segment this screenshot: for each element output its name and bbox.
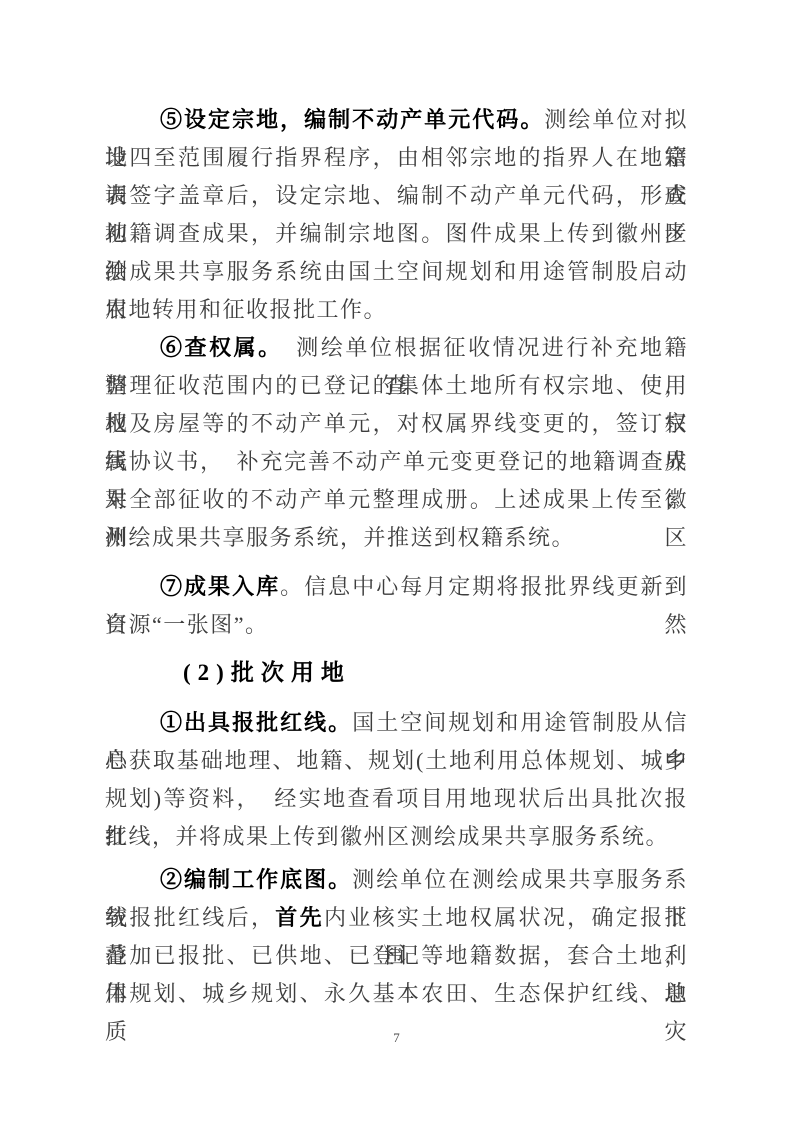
bold-text: ⑥查权属。 (160, 335, 272, 360)
document-body: ⑤设定宗地，编制不动产单元代码。测绘单位对拟设宗地四至范围履行指界程序，由相邻宗… (105, 101, 688, 1013)
text-line: 整理征收范围内的已登记的集体土地所有权宗地、使用权宗 (105, 367, 688, 405)
text-line: ⑤设定宗地，编制不动产单元代码。测绘单位对拟设宗 (105, 101, 688, 139)
bold-text: ⑤设定宗地，编制不动产单元代码。 (160, 107, 544, 132)
para-5-set-parcel-compile-unit-code: ⑤设定宗地，编制不动产单元代码。测绘单位对拟设宗地四至范围履行指界程序，由相邻宗… (105, 101, 688, 329)
text-line: 红线，并将成果上传到徽州区测绘成果共享服务系统。 (105, 818, 688, 856)
bold-text: ①出具报批红线。 (160, 710, 352, 735)
bold-text: 首先 (275, 905, 324, 930)
bold-text: ②编制工作底图。 (160, 867, 352, 892)
bold-text: (2)批次用地 (183, 660, 351, 685)
body-text: 测绘成果共享服务系统，并推送到权籍系统。 (105, 525, 575, 550)
text-line: ②编制工作底图。测绘单位在测绘成果共享服务系统下 (105, 861, 688, 899)
para-1-issue-approval-red-line: ①出具报批红线。国土空间规划和用途管制股从信息中心获取基础地理、地籍、规划(土地… (105, 704, 688, 856)
text-line: 载报批红线后，首先内业核实土地权属状况，确定报批范围， (105, 899, 688, 937)
para-2-compile-working-base-map: ②编制工作底图。测绘单位在测绘成果共享服务系统下载报批红线后，首先内业核实土地权… (105, 861, 688, 1013)
text-line: 地四至范围履行指界程序，由相邻宗地的指界人在地籍调查 (105, 139, 688, 177)
text-line: (2)批次用地 (105, 654, 688, 692)
text-line: 对全部征收的不动产单元整理成册。上述成果上传至徽州区 (105, 481, 688, 519)
para-6-check-ownership: ⑥查权属。 测绘单位根据征收情况进行补充地籍调查，整理征收范围内的已登记的集体土… (105, 329, 688, 557)
text-line: 心获取基础地理、地籍、规划(土地利用总体规划、城乡 (105, 742, 688, 780)
bold-text: ⑦成果入库 (160, 574, 280, 599)
para-7-results-archiving: ⑦成果入库。信息中心每月定期将报批界线更新到自然资源“一张图”。 (105, 568, 688, 644)
body-text: 红线，并将成果上传到徽州区测绘成果共享服务系统。 (105, 824, 669, 849)
heading-2-batch-land-use: (2)批次用地 (105, 654, 688, 692)
text-line: 体规划、城乡规划、永久基本农田、生态保护红线、地质灾 (105, 975, 688, 1013)
body-text: 资源“一张图”。 (105, 612, 269, 637)
text-line: ①出具报批红线。国土空间规划和用途管制股从信息中 (105, 704, 688, 742)
text-line: 地籍调查成果，并编制宗地图。图件成果上传到徽州区测 (105, 215, 688, 253)
document-page: ⑤设定宗地，编制不动产单元代码。测绘单位对拟设宗地四至范围履行指界程序，由相邻宗… (0, 0, 793, 1122)
text-line: ⑦成果入库。信息中心每月定期将报批界线更新到自然 (105, 568, 688, 606)
text-line: 绘成果共享服务系统由国土空间规划和用途管制股启动农 (105, 253, 688, 291)
text-line: ⑥查权属。 测绘单位根据征收情况进行补充地籍调查， (105, 329, 688, 367)
body-text: 心获取基础地理、地籍、规划(土地利用总体规划、城乡 (105, 748, 688, 773)
text-line: 叠加已报批、已供地、已登记等地籍数据，套合土地利用总 (105, 937, 688, 975)
text-line: 线协议书， 补充完善不动产单元变更登记的地籍调查成果； (105, 443, 688, 481)
body-text: 载报批红线后， (105, 905, 275, 930)
text-line: 表签字盖章后，设定宗地、编制不动产单元代码，形成初步 (105, 177, 688, 215)
body-text: 用地转用和征收报批工作。 (105, 297, 387, 322)
page-number: 7 (0, 1030, 793, 1046)
text-line: 地及房屋等的不动产单元，对权属界线变更的，签订权属界 (105, 405, 688, 443)
text-line: 规划)等资料， 经实地查看项目用地现状后出具批次报批 (105, 780, 688, 818)
text-line: 用地转用和征收报批工作。 (105, 291, 688, 329)
